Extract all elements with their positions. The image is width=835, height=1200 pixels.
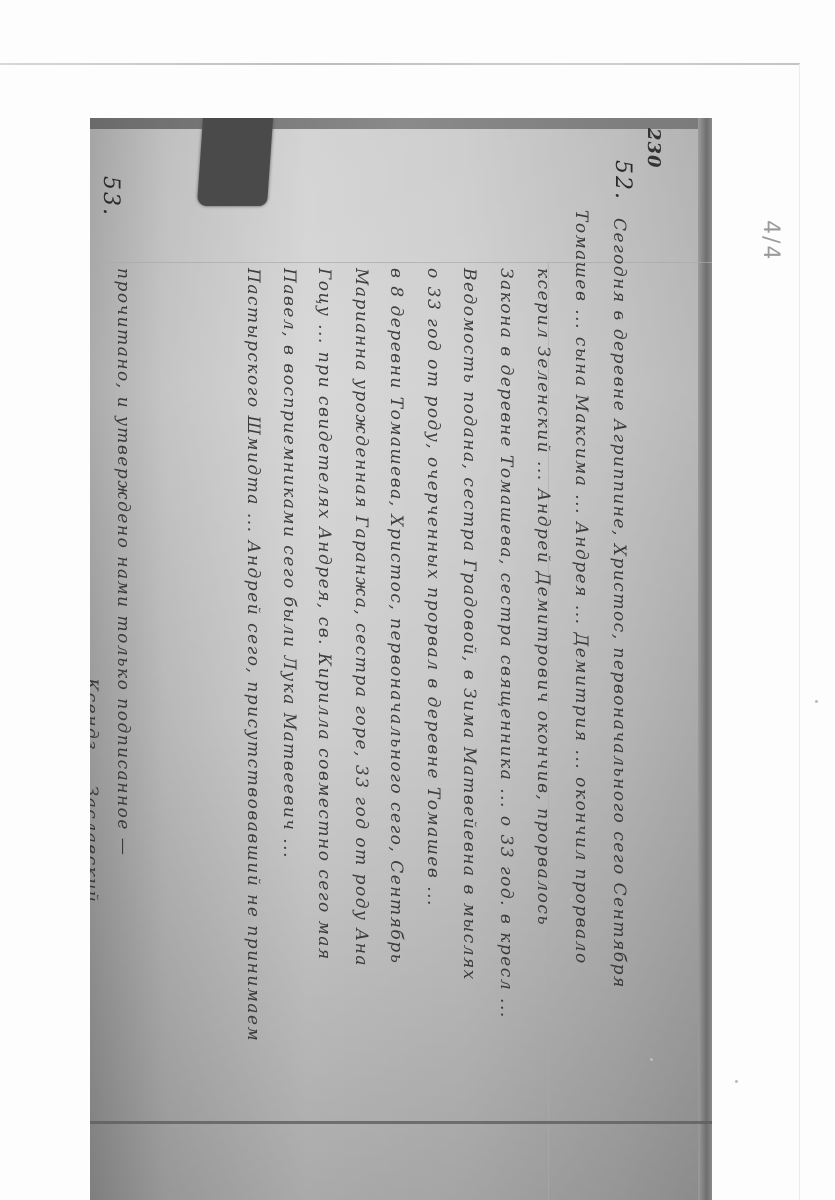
handwritten-line: о 33 год от роду, очерченных прорвал в д… — [424, 268, 441, 907]
scan-top-border — [90, 118, 712, 129]
paper-speck — [815, 700, 818, 703]
handwritten-line: ксерил Зеленский ... Андрей Демитрович о… — [534, 268, 551, 926]
handwritten-line: Ведомость подана, сестра Градовой, в Зим… — [460, 268, 477, 981]
handwritten-line: Марианна урожденная Гаранжа, сестра горе… — [352, 268, 369, 967]
paper-speck — [735, 1080, 738, 1083]
binding-tab — [197, 118, 273, 206]
handwritten-line: Пастырского Шмидта ... Андрей сего, прис… — [244, 268, 261, 1042]
paper-speck — [650, 1058, 653, 1061]
entry-number-53: 53. — [98, 176, 123, 217]
entry-separator-line — [90, 1121, 712, 1124]
handwritten-line: Сегодня в деревне Агриппине, Христос, пе… — [610, 218, 627, 989]
page-number: 230 — [643, 128, 664, 169]
handwritten-line: Гоцу ... при свидетелях Андрея, св. Кири… — [315, 268, 332, 961]
handwritten-line: Павел, в восприемниками сего были Лука М… — [280, 268, 297, 859]
paper-speck — [620, 318, 623, 321]
photocopy-sheet-edge — [799, 64, 800, 1200]
handwritten-line: прочитано, и утверждено нами только подп… — [114, 268, 131, 856]
book-spine — [698, 118, 712, 1200]
handwritten-line: в 8 деревни Томашева, Христос, первонача… — [387, 268, 404, 964]
paper-speck — [570, 898, 573, 901]
photocopy-fold-line — [0, 63, 800, 65]
margin-pencil-note: 4/4 — [758, 220, 783, 261]
handwritten-line: Томашев ... сына Максима ... Андрея ... … — [572, 210, 589, 965]
handwritten-line: Закона в деревне Томашева, сестра священ… — [497, 268, 514, 1019]
entry-number-52: 52. — [610, 160, 635, 201]
scanned-page: 230 52. 53. Сегодня в деревне Агриппине,… — [90, 118, 712, 1200]
handwritten-signature: Ксендз ... Заславский — [90, 678, 99, 903]
